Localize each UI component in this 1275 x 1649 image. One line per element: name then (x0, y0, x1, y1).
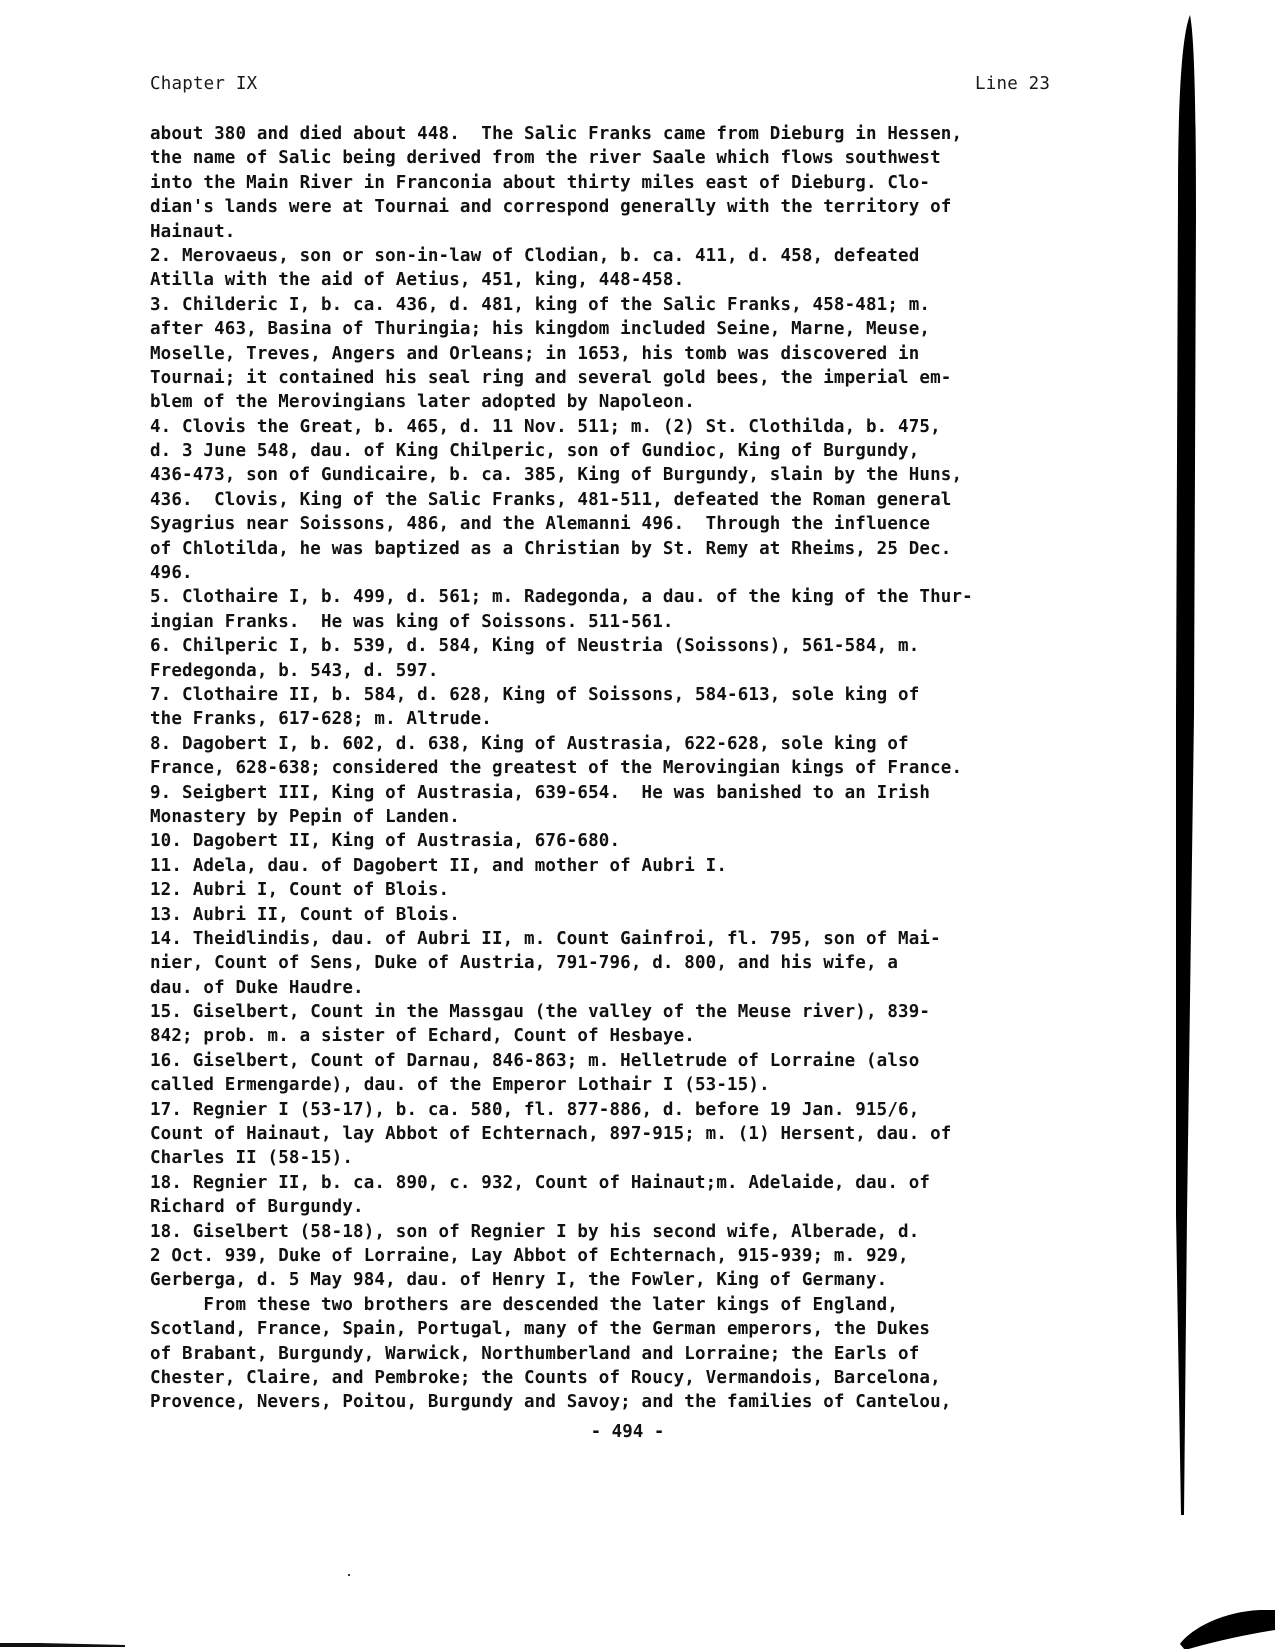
text-line: Fredegonda, b. 543, d. 597. (150, 659, 1080, 683)
text-line: 16. Giselbert, Count of Darnau, 846-863;… (150, 1049, 1080, 1073)
text-line: 8. Dagobert I, b. 602, d. 638, King of A… (150, 732, 1080, 756)
text-line: 12. Aubri I, Count of Blois. (150, 878, 1080, 902)
scan-edge-line (0, 1642, 125, 1647)
text-line: 13. Aubri II, Count of Blois. (150, 903, 1080, 927)
page-number: - 494 - (0, 1422, 1275, 1442)
text-line: 10. Dagobert II, King of Austrasia, 676-… (150, 829, 1080, 853)
text-line: 2 Oct. 939, Duke of Lorraine, Lay Abbot … (150, 1244, 1080, 1268)
text-line: called Ermengarde), dau. of the Emperor … (150, 1073, 1080, 1097)
text-line: 7. Clothaire II, b. 584, d. 628, King of… (150, 683, 1080, 707)
text-line: Moselle, Treves, Angers and Orleans; in … (150, 342, 1080, 366)
text-line: Charles II (58-15). (150, 1146, 1080, 1170)
text-line: 496. (150, 561, 1080, 585)
body-text: about 380 and died about 448. The Salic … (150, 122, 1080, 1415)
text-line: Tournai; it contained his seal ring and … (150, 366, 1080, 390)
text-line: 15. Giselbert, Count in the Massgau (the… (150, 1000, 1080, 1024)
text-line: 11. Adela, dau. of Dagobert II, and moth… (150, 854, 1080, 878)
text-line: 6. Chilperic I, b. 539, d. 584, King of … (150, 634, 1080, 658)
text-line: Scotland, France, Spain, Portugal, many … (150, 1317, 1080, 1341)
text-line: Monastery by Pepin of Landen. (150, 805, 1080, 829)
text-line: 5. Clothaire I, b. 499, d. 561; m. Radeg… (150, 585, 1080, 609)
text-line: Atilla with the aid of Aetius, 451, king… (150, 268, 1080, 292)
text-line: 2. Merovaeus, son or son-in-law of Clodi… (150, 244, 1080, 268)
text-line: 3. Childeric I, b. ca. 436, d. 481, king… (150, 293, 1080, 317)
text-line: 4. Clovis the Great, b. 465, d. 11 Nov. … (150, 415, 1080, 439)
scan-edge-blob (1180, 1610, 1275, 1649)
text-line: Hainaut. (150, 220, 1080, 244)
text-line: ingian Franks. He was king of Soissons. … (150, 610, 1080, 634)
text-line: nier, Count of Sens, Duke of Austria, 79… (150, 951, 1080, 975)
text-line: of Brabant, Burgundy, Warwick, Northumbe… (150, 1342, 1080, 1366)
text-line: 14. Theidlindis, dau. of Aubri II, m. Co… (150, 927, 1080, 951)
text-line: of Chlotilda, he was baptized as a Chris… (150, 537, 1080, 561)
text-line: dau. of Duke Haudre. (150, 976, 1080, 1000)
document-page: Chapter IX Line 23 about 380 and died ab… (0, 0, 1275, 1649)
text-line: Count of Hainaut, lay Abbot of Echternac… (150, 1122, 1080, 1146)
text-line: 17. Regnier I (53-17), b. ca. 580, fl. 8… (150, 1098, 1080, 1122)
line-reference: Line 23 (975, 74, 1050, 94)
text-line: Chester, Claire, and Pembroke; the Count… (150, 1366, 1080, 1390)
text-line: 842; prob. m. a sister of Echard, Count … (150, 1024, 1080, 1048)
text-line: into the Main River in Franconia about t… (150, 171, 1080, 195)
text-line: 18. Regnier II, b. ca. 890, c. 932, Coun… (150, 1171, 1080, 1195)
text-line: 436. Clovis, King of the Salic Franks, 4… (150, 488, 1080, 512)
text-line: 18. Giselbert (58-18), son of Regnier I … (150, 1220, 1080, 1244)
text-line: Gerberga, d. 5 May 984, dau. of Henry I,… (150, 1268, 1080, 1292)
chapter-heading: Chapter IX (150, 74, 257, 94)
text-line: France, 628-638; considered the greatest… (150, 756, 1080, 780)
text-line: after 463, Basina of Thuringia; his king… (150, 317, 1080, 341)
text-line: From these two brothers are descended th… (150, 1293, 1080, 1317)
text-line: d. 3 June 548, dau. of King Chilperic, s… (150, 439, 1080, 463)
text-line: the Franks, 617-628; m. Altrude. (150, 707, 1080, 731)
text-line: Provence, Nevers, Poitou, Burgundy and S… (150, 1390, 1080, 1414)
text-line: about 380 and died about 448. The Salic … (150, 122, 1080, 146)
text-line: 9. Seigbert III, King of Austrasia, 639-… (150, 781, 1080, 805)
text-line: Syagrius near Soissons, 486, and the Ale… (150, 512, 1080, 536)
text-line: 436-473, son of Gundicaire, b. ca. 385, … (150, 463, 1080, 487)
text-line: dian's lands were at Tournai and corresp… (150, 195, 1080, 219)
scan-edge-shadow (1172, 15, 1202, 1515)
text-line: blem of the Merovingians later adopted b… (150, 390, 1080, 414)
text-line: Richard of Burgundy. (150, 1195, 1080, 1219)
text-line: the name of Salic being derived from the… (150, 146, 1080, 170)
scan-speck (348, 1574, 350, 1576)
